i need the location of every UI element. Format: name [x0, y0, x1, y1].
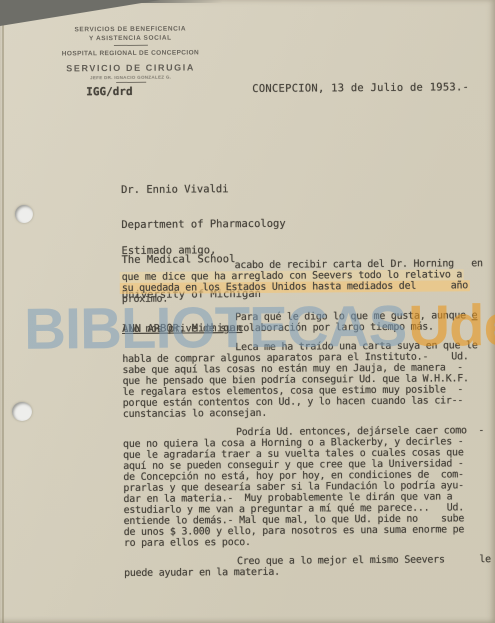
letterhead-line: HOSPITAL REGIONAL DE CONCEPCION [38, 48, 223, 58]
letter-line-text: Para qué le digo lo que me gusta, aunque [235, 310, 472, 323]
page-top-edge [0, 0, 495, 3]
salutation: Estimado amigo, [121, 244, 216, 257]
paragraph: Leca me ha traído una carta suya en que … [122, 340, 479, 420]
letterhead-line: JEFE DR. IGNACIO GONZALEZ G. [38, 74, 223, 80]
paragraph: Para qué le digo lo que me gusta, aunque… [122, 310, 478, 335]
page-corner-shadow [0, 0, 160, 26]
paragraph: Podría Ud. entonces, dejársele caer como… [123, 425, 480, 549]
punch-hole-bottom [12, 402, 32, 421]
punch-hole-top [15, 205, 33, 223]
letter-line: puede ayudar en la materia. [124, 565, 480, 579]
letter-line: ro para ellos es poco. [124, 535, 480, 549]
paragraph: Creo que a lo mejor el mismo Seevers le … [124, 554, 480, 579]
underlined-letter: e [472, 310, 478, 321]
reference-initials: IGG/drd [86, 85, 132, 98]
letter-body: acabo de recibir carta del Dr. Horning e… [122, 258, 481, 587]
letter-line: llo nos prive de su colaboración por lar… [122, 321, 478, 335]
page-left-edge [2, 16, 4, 623]
recipient-line: Dr. Ennio Vivaldi [121, 184, 285, 197]
letterhead-line: Y ASISTENCIA SOCIAL [38, 33, 223, 43]
letterhead-line: SERVICIO DE CIRUGIA [38, 62, 223, 73]
letter-content: SERVICIOS DE BENEFICENCIA Y ASISTENCIA S… [0, 0, 495, 623]
letterhead: SERVICIOS DE BENEFICENCIA Y ASISTENCIA S… [38, 24, 223, 83]
letterhead-rule [113, 45, 147, 46]
letter-line: cunstancias lo aconsejan. [123, 406, 479, 420]
recipient-line: Department of Pharmacology [121, 219, 285, 232]
paragraph: acabo de recibir carta del Dr. Horning e… [122, 258, 478, 305]
letterhead-rule [116, 82, 146, 83]
dateline: CONCEPCION, 13 de Julio de 1953.- [252, 81, 469, 95]
letter-page: SERVICIOS DE BENEFICENCIA Y ASISTENCIA S… [0, 0, 495, 623]
